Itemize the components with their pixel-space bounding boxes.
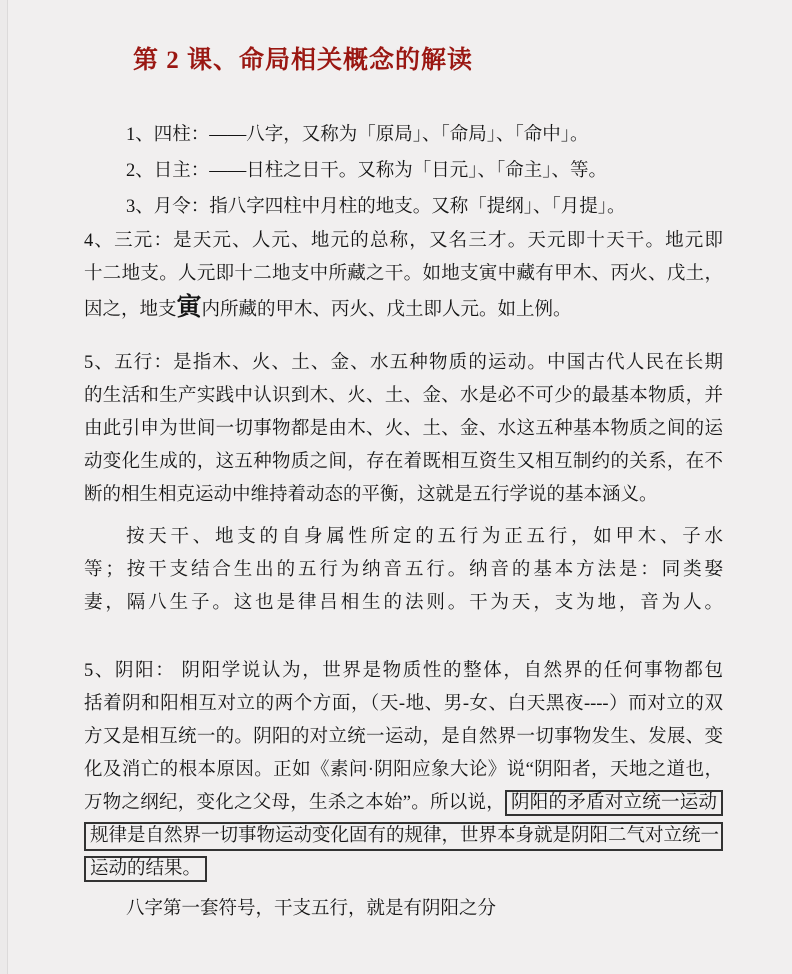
para-line: 断的相生相克运动中维持着动态的平衡，这就是五行学说的基本涵义。 bbox=[84, 479, 723, 512]
page-left-edge bbox=[0, 0, 8, 974]
para-line: 方又是相互统一的。阴阳的对立统一运动，是自然界一切事物发生、发展、变 bbox=[84, 721, 723, 754]
highlight-box-line: 规律是自然界一切事物运动变化固有的规律，世界本身就是阴阳二气对立统一 bbox=[84, 822, 723, 851]
para-sanyuan: 4、三元：是天元、人元、地元的总称，又名三才。天元即十天干。地元即 十二地支。人… bbox=[84, 225, 723, 324]
definition-item-sizhu: 1、四柱：——八字，又称为「原局」、「命局」、「命中」。 bbox=[84, 117, 723, 153]
yin-character-bold: 寅 bbox=[177, 294, 202, 321]
para-line: 的生活和生产实践中认识到木、火、土、金、水是必不可少的最基本物质，并 bbox=[84, 380, 723, 413]
para-line: 动变化生成的，这五种物质之间，存在着既相互资生又相互制约的关系，在不 bbox=[84, 446, 723, 479]
para-line: 括着阴和阳相互对立的两个方面，（天-地、男-女、白天黑夜----）而对立的双 bbox=[84, 688, 723, 721]
para-text: 万物之纲纪，变化之父母，生杀之本始”。所以说， bbox=[84, 793, 505, 813]
para-line: 运动的结果。 bbox=[84, 853, 723, 886]
para-line: 等；按干支结合生出的五行为纳音五行。纳音的基本方法是：同类娶 bbox=[84, 554, 723, 587]
para-line: 妻，隔八生子。这也是律吕相生的法则。干为天，支为地，音为人。 bbox=[84, 587, 723, 620]
closing-line: 八字第一套符号，干支五行，就是有阴阳之分 bbox=[84, 893, 723, 926]
document-page: 第 2 课、命局相关概念的解读 1、四柱：——八字，又称为「原局」、「命局」、「… bbox=[84, 44, 723, 926]
para-line: 因之，地支寅内所藏的甲木、丙火、戊土即人元。如上例。 bbox=[84, 291, 723, 324]
para-line: 由此引申为世间一切事物都是由木、火、土、金、水这五种基本物质之间的运 bbox=[84, 413, 723, 446]
para-line: 化及消亡的根本原因。正如《素问·阴阳应象大论》说“阴阳者，天地之道也， bbox=[84, 754, 723, 787]
closing-line-wrap: 八字第一套符号，干支五行，就是有阴阳之分 bbox=[84, 893, 723, 926]
highlight-box-segment: 运动的结果。 bbox=[84, 856, 207, 882]
para-line: 万物之纲纪，变化之父母，生杀之本始”。所以说，阴阳的矛盾对立统一运动 bbox=[84, 787, 723, 820]
highlight-box-segment: 阴阳的矛盾对立统一运动 bbox=[505, 790, 723, 816]
definition-item-yueling: 3、月令：指八字四柱中月柱的地支。又称「提纲」、「月提」。 bbox=[84, 189, 723, 225]
para-text: 内所藏的甲木、丙火、戊土即人元。如上例。 bbox=[202, 300, 572, 320]
para-line: 5、阴阳： 阴阳学说认为，世界是物质性的整体，自然界的任何事物都包 bbox=[84, 655, 723, 688]
para-line: 5、五行：是指木、火、土、金、水五种物质的运动。中国古代人民在长期 bbox=[84, 347, 723, 380]
lesson-title: 第 2 课、命局相关概念的解读 bbox=[133, 44, 723, 77]
para-nayin: 按天干、地支的自身属性所定的五行为正五行，如甲木、子水 等；按干支结合生出的五行… bbox=[84, 521, 723, 620]
para-line: 4、三元：是天元、人元、地元的总称，又名三才。天元即十天干。地元即 bbox=[84, 225, 723, 258]
para-line: 按天干、地支的自身属性所定的五行为正五行，如甲木、子水 bbox=[84, 521, 723, 554]
para-yinyang: 5、阴阳： 阴阳学说认为，世界是物质性的整体，自然界的任何事物都包 括着阴和阳相… bbox=[84, 655, 723, 886]
para-text: 因之，地支 bbox=[84, 300, 177, 320]
definition-item-rizhu: 2、日主：——日柱之日干。又称为「日元」、「命主」、等。 bbox=[84, 153, 723, 189]
definition-list: 1、四柱：——八字，又称为「原局」、「命局」、「命中」。 2、日主：——日柱之日… bbox=[84, 117, 723, 225]
para-wuxing: 5、五行：是指木、火、土、金、水五种物质的运动。中国古代人民在长期 的生活和生产… bbox=[84, 347, 723, 512]
para-line: 十二地支。人元即十二地支中所藏之干。如地支寅中藏有甲木、丙火、戊土， bbox=[84, 258, 723, 291]
